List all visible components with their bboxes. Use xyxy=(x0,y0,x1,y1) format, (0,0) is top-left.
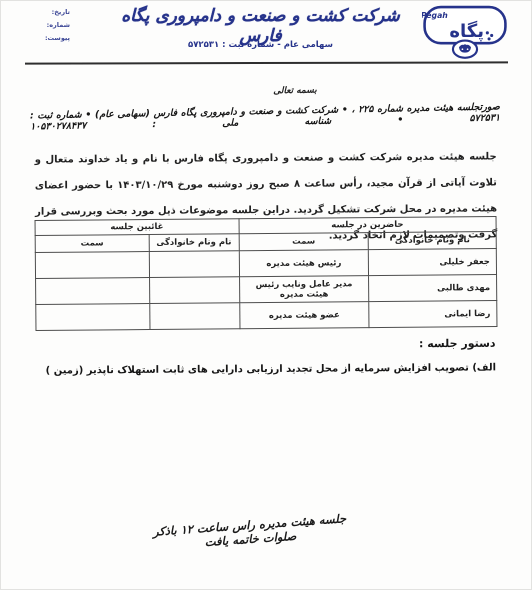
present-member-position: رئیس هیئت مدیره xyxy=(239,250,369,277)
attachment-field-label: پیوست: xyxy=(30,32,70,45)
pegah-logo-icon: Pegah پگاه xyxy=(422,4,508,60)
absent-position-col-header: سمت xyxy=(35,235,149,253)
present-member-position: مدیر عامل ونایب رئیس هیئت مدیره xyxy=(239,276,369,303)
registration-line: سهامی عام - شماره ثبت : ۵۷۲۵۳۱ xyxy=(108,40,413,50)
logo-persian-text: پگاه xyxy=(449,20,484,42)
absent-group-header: غائبین جلسه xyxy=(35,219,239,236)
number-field-label: شماره: xyxy=(30,19,70,32)
pegah-logo: Pegah پگاه xyxy=(422,4,508,60)
absent-name-col-header: نام ونام خانوادگی xyxy=(149,234,239,252)
table-row: مهدی طالبی مدیر عامل ونایب رئیس هیئت مدی… xyxy=(36,274,497,304)
date-field-label: تاریخ: xyxy=(30,6,70,19)
absent-member-name xyxy=(149,277,239,304)
absent-member-position xyxy=(36,304,150,331)
absent-member-position xyxy=(36,278,150,305)
besmele-text: بسمه تعالی xyxy=(220,85,370,98)
logo-latin-text: Pegah xyxy=(422,11,448,20)
present-member-position: عضو هیئت مدیره xyxy=(239,302,369,329)
present-name-col-header: نام ونام خانوادگی xyxy=(368,231,496,249)
agenda-item-a: الف) تصویب افزایش سرمایه از محل تجدید ار… xyxy=(36,362,496,376)
letterhead-meta-fields: تاریخ: شماره: پیوست: xyxy=(30,6,70,45)
present-member-name: رضا ایمانی xyxy=(369,300,497,327)
absent-member-position xyxy=(35,252,149,279)
closing-handwritten-note: جلسه هیئت مدیره راس ساعت ۱۲ باذکر صلوات … xyxy=(134,510,365,554)
subject-reference-line: صورتجلسه هیئت مدیره شماره ۲۲۵ ، • شرکت ک… xyxy=(30,101,500,132)
scanned-board-minutes-document: تاریخ: شماره: پیوست: شرکت کشت و صنعت و د… xyxy=(0,0,532,590)
present-member-name: جعفر خلیلی xyxy=(369,248,497,275)
table-row: رضا ایمانی عضو هیئت مدیره xyxy=(36,300,497,330)
present-position-col-header: سمت xyxy=(239,233,369,251)
absent-member-name xyxy=(150,303,240,330)
agenda-heading: دستور جلسه : xyxy=(419,337,496,351)
absent-member-name xyxy=(149,251,239,278)
header-divider-rule xyxy=(25,61,508,64)
present-member-name: مهدی طالبی xyxy=(369,274,497,301)
attendance-table: حاضرین در جلسه غائبین جلسه نام ونام خانو… xyxy=(35,216,498,331)
table-row: جعفر خلیلی رئیس هیئت مدیره xyxy=(35,248,496,278)
